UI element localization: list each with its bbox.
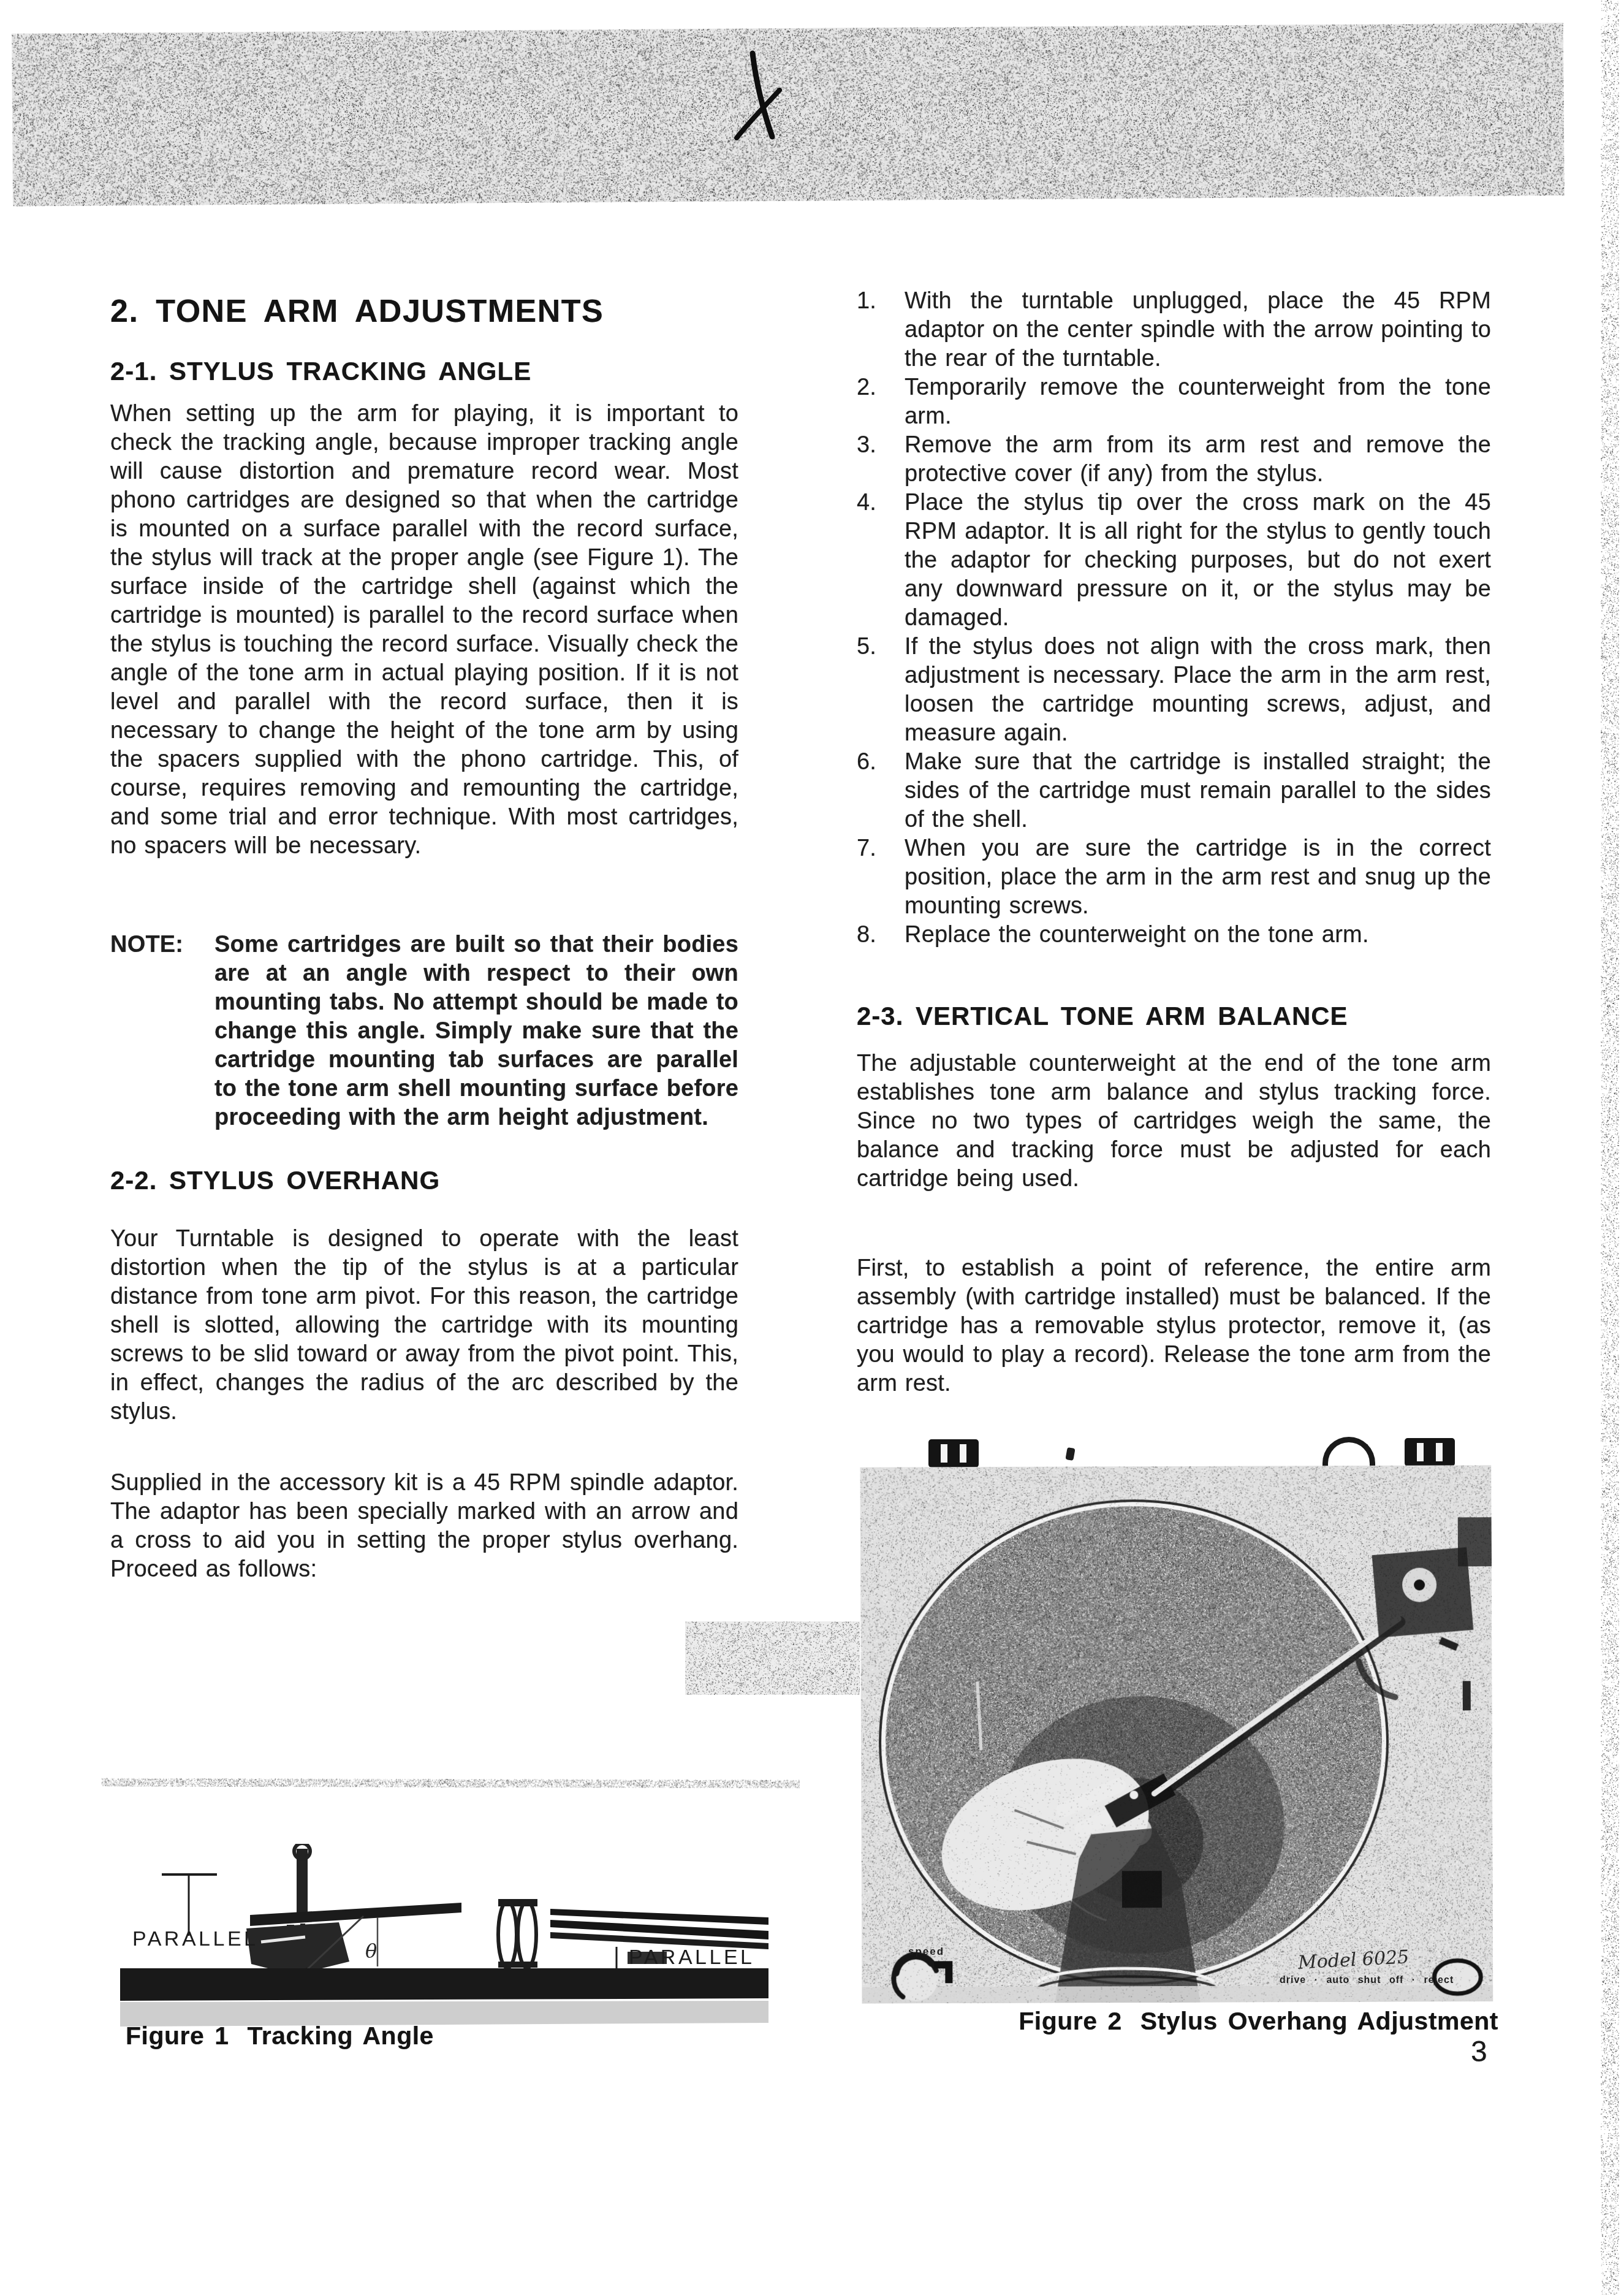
page-number: 3 — [1471, 2035, 1487, 2069]
step-item: 2. Temporarily remove the counterweight … — [857, 373, 1491, 431]
dust-cover-hinge-icon — [1405, 1438, 1455, 1466]
record-surface-bar — [120, 1968, 768, 2001]
figure-1-caption-text: Tracking Angle — [247, 2022, 433, 2050]
main-title: 2. TONE ARM ADJUSTMENTS — [110, 293, 604, 330]
pen-cross-mark — [705, 34, 846, 175]
step-number: 4. — [857, 489, 876, 517]
section-2-2-paragraph-1: Your Turntable is designed to operate wi… — [110, 1225, 738, 1426]
parallel-label-right: PARALLEL — [629, 1946, 754, 1969]
step-number: 8. — [857, 921, 876, 950]
step-item: 6. Make sure that the cartridge is insta… — [857, 748, 1491, 834]
step-text: Make sure that the cartridge is installe… — [905, 749, 1491, 832]
step-item: 8. Replace the counterweight on the tone… — [857, 921, 1491, 950]
step-number: 6. — [857, 748, 876, 777]
pivot-ring — [498, 1901, 517, 1968]
parallel-label-left: PARALLEL — [132, 1927, 258, 1951]
step-number: 2. — [857, 373, 876, 402]
section-2-3-paragraph-2: First, to establish a point of reference… — [857, 1254, 1491, 1398]
step-text: When you are sure the cartridge is in th… — [905, 835, 1491, 919]
step-text: Place the stylus tip over the cross mark… — [905, 490, 1491, 631]
pivot-ring — [518, 1901, 536, 1968]
pivot-bottom-bar — [498, 1962, 537, 1968]
step-number: 3. — [857, 431, 876, 460]
step-text: With the turntable unplugged, place the … — [905, 288, 1491, 371]
small-scan-mark — [1065, 1447, 1075, 1461]
step-text: Replace the counterweight on the tone ar… — [905, 922, 1369, 948]
scanned-manual-page: { "page": { "number": "3" }, "sections":… — [0, 0, 1624, 2295]
step-text: Temporarily remove the counterweight fro… — [905, 375, 1491, 429]
section-2-1-paragraph: When setting up the arm for playing, it … — [110, 400, 738, 861]
figure-2-caption-label: Figure 2 — [1019, 2007, 1121, 2035]
note-text: Some cartridges are built so that their … — [214, 931, 738, 1132]
dust-cover-hinge-icon — [928, 1439, 979, 1467]
note-label: NOTE: — [110, 931, 183, 959]
right-edge-scan-noise — [1601, 0, 1619, 2295]
section-2-2-paragraph-2: Supplied in the accessory kit is a 45 RP… — [110, 1469, 738, 1584]
photo-speed-label: speed — [908, 1946, 944, 1958]
figure-2-caption: Figure 2Stylus Overhang Adjustment — [858, 2007, 1498, 2036]
tonearm-rest-arch-icon — [1322, 1437, 1375, 1467]
section-2-3-title: 2-3. VERTICAL TONE ARM BALANCE — [857, 1002, 1348, 1031]
step-item: 1. With the turntable unplugged, place t… — [857, 287, 1491, 373]
step-item: 4. Place the stylus tip over the cross m… — [857, 489, 1491, 633]
step-text: If the stylus does not align with the cr… — [905, 634, 1491, 746]
figure-1-caption: Figure 1Tracking Angle — [126, 2022, 434, 2050]
section-2-2-title: 2-2. STYLUS OVERHANG — [110, 1166, 440, 1195]
step-number: 5. — [857, 633, 876, 661]
step-number: 1. — [857, 287, 876, 316]
step-text: Remove the arm from its arm rest and rem… — [905, 432, 1491, 487]
photo-controls-label: drive · auto shut off · reject — [1280, 1975, 1454, 1986]
scan-smudge-line — [101, 1778, 800, 1789]
scan-noise-patch — [685, 1621, 860, 1695]
figure-2-caption-text: Stylus Overhang Adjustment — [1140, 2007, 1498, 2035]
step-item: 7. When you are sure the cartridge is in… — [857, 834, 1491, 921]
step-item: 5. If the stylus does not align with the… — [857, 633, 1491, 748]
theta-symbol: θ — [365, 1939, 377, 1963]
step-item: 3. Remove the arm from its arm rest and … — [857, 431, 1491, 489]
figure-2-photo — [860, 1465, 1493, 2004]
step-number: 7. — [857, 834, 876, 863]
figure-1-diagram: θ PARALLEL PARALLEL — [103, 1844, 795, 2028]
section-2-3-paragraph-1: The adjustable counterweight at the end … — [857, 1049, 1491, 1193]
cartridge-body — [246, 1922, 349, 1975]
section-2-1-title: 2-1. STYLUS TRACKING ANGLE — [110, 357, 531, 386]
note-block: NOTE: Some cartridges are built so that … — [110, 931, 738, 1132]
figure-1-caption-label: Figure 1 — [126, 2022, 229, 2050]
numbered-steps-list: 1. With the turntable unplugged, place t… — [857, 287, 1491, 950]
